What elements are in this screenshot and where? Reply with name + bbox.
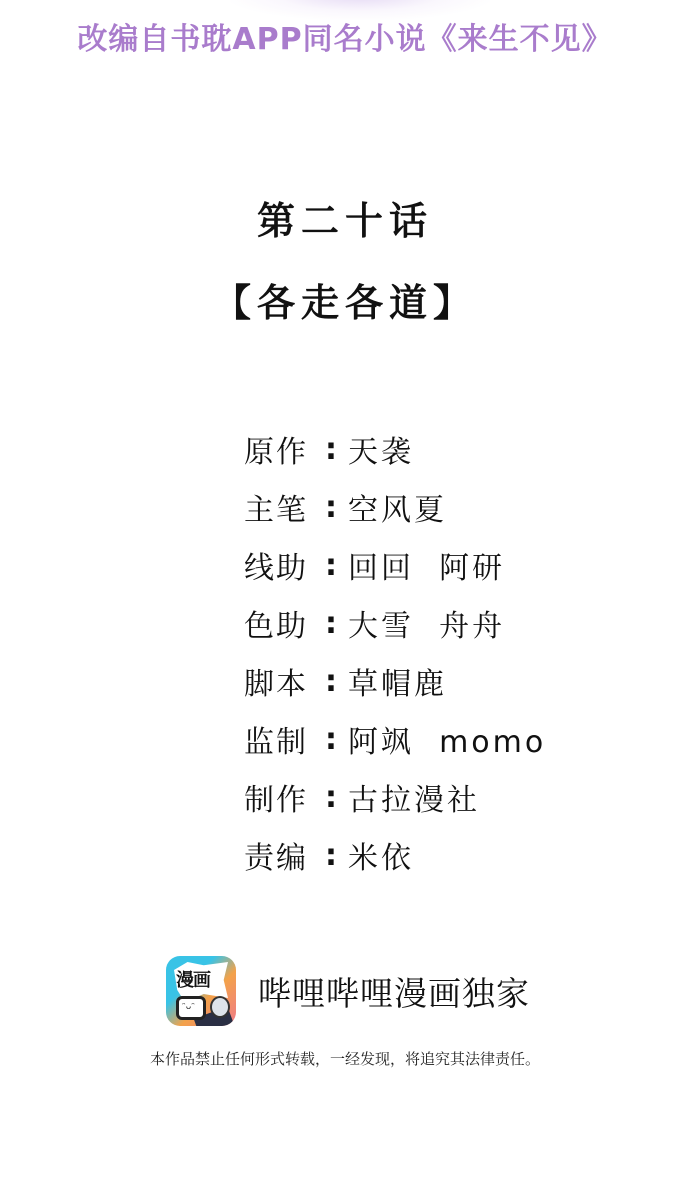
credit-names: 回回 阿研 [348,543,505,587]
credit-row-supervisor: 监制 : 阿飒 momo [244,710,604,768]
credit-row-line-assistants: 线助 : 回回 阿研 [244,536,604,594]
credit-row-original-author: 原作 : 天袭 [244,420,604,478]
credit-colon: : [314,780,348,815]
credits-list: 原作 : 天袭 主笔 : 空风夏 线助 : 回回 阿研 色助 : 大雪 舟舟 脚… [244,420,604,884]
credit-role: 原作 [244,427,314,471]
bilibili-comics-app-icon: 漫画 ᵔᴗᵔ [166,956,236,1026]
credit-role: 主笔 [244,485,314,529]
credit-role: 脚本 [244,659,314,703]
credit-role: 监制 [244,717,314,761]
credit-role: 色助 [244,601,314,645]
credit-row-script: 脚本 : 草帽鹿 [244,652,604,710]
credit-colon: : [314,432,348,467]
credit-colon: : [314,664,348,699]
credit-names: 古拉漫社 [348,775,480,819]
credit-names: 天袭 [348,427,414,471]
adaptation-banner: 改编自书耽APP同名小说《来生不见》 [0,14,690,58]
tv-mascot-icon: ᵔᴗᵔ [176,996,206,1020]
app-icon-label: 漫画 [176,966,210,992]
credit-names: 阿飒 momo [348,717,546,761]
credit-role: 线助 [244,543,314,587]
credit-names: 草帽鹿 [348,659,447,703]
exclusive-brand-badge: 漫画 ᵔᴗᵔ 哔哩哔哩漫画独家 [166,956,530,1026]
credit-colon: : [314,606,348,641]
credit-row-color-assistants: 色助 : 大雪 舟舟 [244,594,604,652]
credit-colon: : [314,722,348,757]
credit-row-lead-artist: 主笔 : 空风夏 [244,478,604,536]
chapter-title: 第二十话 [0,190,690,245]
copyright-disclaimer: 本作品禁止任何形式转载，一经发现，将追究其法律责任。 [0,1048,690,1069]
tv-face: ᵔᴗᵔ [182,1002,195,1012]
credit-names: 米依 [348,833,414,877]
credit-role: 责编 [244,833,314,877]
credit-colon: : [314,490,348,525]
credit-row-production: 制作 : 古拉漫社 [244,768,604,826]
credit-row-editor: 责编 : 米依 [244,826,604,884]
credit-colon: : [314,548,348,583]
credit-role: 制作 [244,775,314,819]
credit-names: 空风夏 [348,485,447,529]
credit-colon: : [314,838,348,873]
credit-names: 大雪 舟舟 [348,601,505,645]
chapter-subtitle: 【各走各道】 [0,272,690,327]
thumbs-up-icon [210,996,230,1018]
exclusive-text: 哔哩哔哩漫画独家 [258,968,530,1015]
